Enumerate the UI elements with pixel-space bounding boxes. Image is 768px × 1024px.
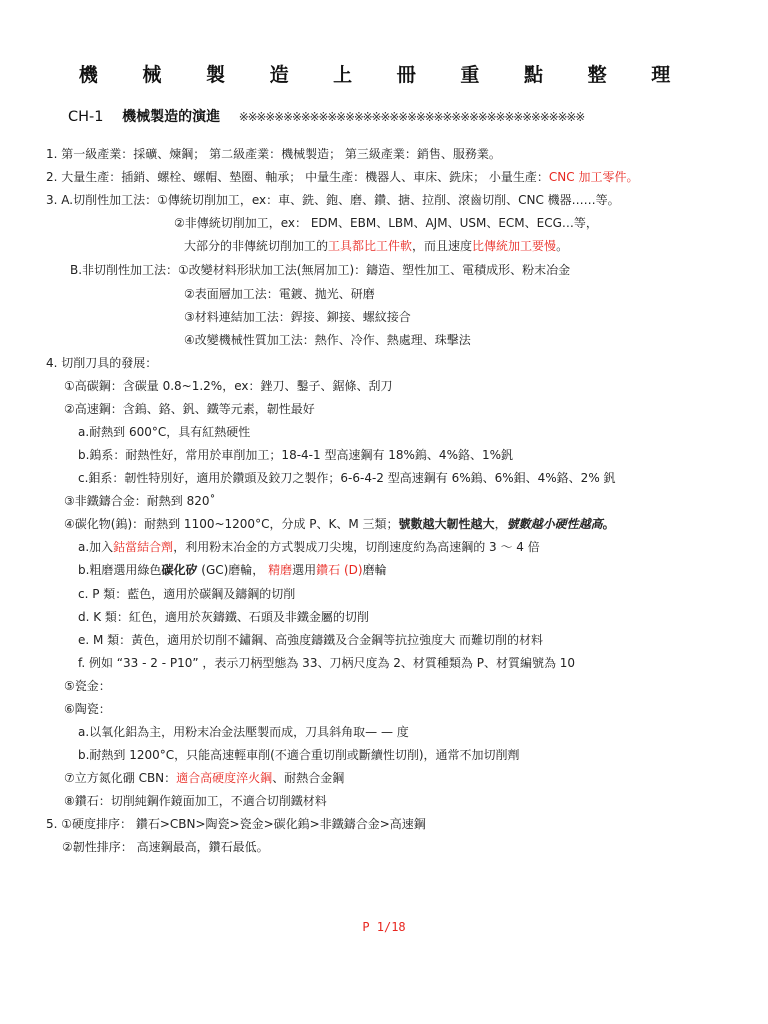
item-4-carbide-a: a.加入鈷當結合劑，利用粉末冶金的方式製成刀尖塊，切削速度約為高速鋼的 3 ～ … [78, 539, 540, 555]
text: ④碳化物(鎢)：耐熱到 1100~1200°C，分成 P、K、M 三類； [64, 517, 399, 531]
text: 。 [626, 170, 638, 184]
text: 磨輪 [363, 563, 387, 577]
text: a.加入 [78, 540, 113, 554]
text: 2. 大量生產：插銷、螺栓、螺帽、墊圈、軸承； 中量生產：機器人、車床、銑床； … [46, 170, 549, 184]
text: ⑦立方氮化硼 CBN： [64, 771, 176, 785]
item-4-carbide-e: e. M 類：黃色，適用於切削不鏽鋼、高強度鑄鐵及合金鋼等抗拉強度大 而難切削的… [78, 632, 543, 648]
item-4-cermet: ⑤瓷金： [64, 678, 111, 694]
highlight-text: 鈷當結合劑 [113, 540, 173, 554]
text: ，而且速度 [412, 239, 472, 253]
item-4-high-carbon: ①高碳鋼：含碳量 0.8~1.2%，ex：銼刀、鑿子、鋸條、刮刀 [64, 378, 392, 394]
item-4-carbide: ④碳化物(鎢)：耐熱到 1100~1200°C，分成 P、K、M 三類；號數越大… [64, 516, 615, 532]
item-5-hardness: 5. ①硬度排序： 鑽石>CBN>陶瓷>瓷金>碳化鎢>非鐵鑄合金>高速鋼 [46, 816, 426, 832]
item-3a-cutting-methods: 3. A.切削性加工法：①傳統切削加工，ex：車、銑、鉋、磨、鑽、搪、拉削、滾齒… [46, 192, 620, 208]
item-4-ceramic-a: a.以氧化鋁為主，用粉末冶金法壓製而成，刀具斜角取— — 度 [78, 724, 409, 740]
item-5-toughness: ②韌性排序： 高速鋼最高，鑽石最低。 [62, 839, 269, 855]
item-4-ceramic-b: b.耐熱到 1200°C，只能高速輕車削(不適合重切削或斷續性切削)，通常不加切… [78, 747, 520, 763]
item-1-industries: 1. 第一級產業：採礦、煉鋼； 第二級產業：機械製造； 第三級產業：銷售、服務業… [46, 146, 501, 162]
text: 、耐熱合金鋼 [272, 771, 344, 785]
highlight-text: 適合高硬度淬火鋼 [176, 771, 272, 785]
text: (GC)磨輪， [197, 563, 268, 577]
item-4-cbn: ⑦立方氮化硼 CBN：適合高硬度淬火鋼、耐熱合金鋼 [64, 770, 344, 786]
item-4-carbide-d: d. K 類：紅色，適用於灰鑄鐵、石頭及非鐵金屬的切削 [78, 609, 369, 625]
text: 。 [603, 517, 615, 531]
item-3b-joining: ③材料連結加工法：銲接、鉚接、螺紋接合 [184, 309, 411, 325]
document-title: 機 械 製 造 上 冊 重 點 整 理 [0, 60, 768, 87]
item-4-hss-c: c.鉬系：韌性特別好，適用於鑽頭及鉸刀之製作；6-6-4-2 型高速鋼有 6%鎢… [78, 470, 616, 486]
item-3a-nontraditional: ②非傳統切削加工，ex： EDM、EBM、LBM、AJM、USM、ECM、ECG… [174, 215, 598, 231]
text: 選用 [292, 563, 316, 577]
bold-text: 碳化矽 [161, 563, 197, 577]
item-2-production: 2. 大量生產：插銷、螺栓、螺帽、墊圈、軸承； 中量生產：機器人、車床、銑床； … [46, 169, 638, 185]
chapter-heading: CH-1 機械製造的演進 ※※※※※※※※※※※※※※※※※※※※※※※※※※※… [68, 106, 584, 126]
item-4-hss-b: b.鎢系：耐熱性好，常用於車削加工；18-4-1 型高速鋼有 18%鎢、4%鉻、… [78, 447, 513, 463]
bold-text: 號數越大韌性越大 [399, 517, 495, 531]
text: ， [495, 517, 507, 531]
highlight-text: 精磨 [268, 563, 292, 577]
item-3b-properties: ④改變機械性質加工法：熱作、冷作、熱處理、珠擊法 [184, 332, 471, 348]
highlight-text: CNC 加工零件 [549, 170, 627, 184]
item-3b-surface: ②表面層加工法：電鍍、拋光、研磨 [184, 286, 375, 302]
item-4-ceramic: ⑥陶瓷： [64, 701, 111, 717]
item-4-carbide-c: c. P 類：藍色，適用於碳鋼及鑄鋼的切削 [78, 586, 295, 602]
item-3b-noncutting: B.非切削性加工法：①改變材料形狀加工法(無屑加工)：鑄造、塑性加工、電積成形、… [70, 262, 570, 278]
item-4-hss-a: a.耐熱到 600°C，具有紅熱硬性 [78, 424, 250, 440]
text: ，利用粉末冶金的方式製成刀尖塊，切削速度約為高速鋼的 3 ～ 4 倍 [173, 540, 540, 554]
text: 大部分的非傳統切削加工的 [184, 239, 328, 253]
text: 。 [556, 239, 568, 253]
item-4-high-speed: ②高速鋼：含鎢、鉻、釩、鐵等元素，韌性最好 [64, 401, 315, 417]
item-4-cast-alloy: ③非鐵鑄合金：耐熱到 820˚ [64, 493, 215, 509]
item-4-carbide-f: f. 例如 “33 - 2 - P10” ，表示刀柄型態為 33、刀柄尺度為 2… [78, 655, 575, 671]
page-number: P 1/18 [0, 920, 768, 934]
highlight-text: 鑽石 (D) [316, 563, 362, 577]
item-4-diamond: ⑧鑽石：切削純鋼作鏡面加工，不適合切削鐵材料 [64, 793, 327, 809]
highlight-text: 工具都比工件軟 [328, 239, 412, 253]
bold-italic-text: 號數越小硬性越高 [507, 517, 603, 531]
item-3a-note: 大部分的非傳統切削加工的工具都比工件軟，而且速度比傳統加工要慢。 [184, 238, 568, 254]
chapter-title: 機械製造的演進 [122, 109, 220, 125]
item-4-heading: 4. 切削刀具的發展： [46, 355, 157, 371]
item-4-carbide-b: b.粗磨選用綠色碳化矽 (GC)磨輪， 精磨選用鑽石 (D)磨輪 [78, 562, 387, 578]
chapter-decoration: ※※※※※※※※※※※※※※※※※※※※※※※※※※※※※※※※※※※※※※※ [239, 110, 584, 124]
text: b.粗磨選用綠色 [78, 563, 161, 577]
highlight-text: 比傳統加工要慢 [472, 239, 556, 253]
chapter-number: CH-1 [68, 109, 104, 125]
